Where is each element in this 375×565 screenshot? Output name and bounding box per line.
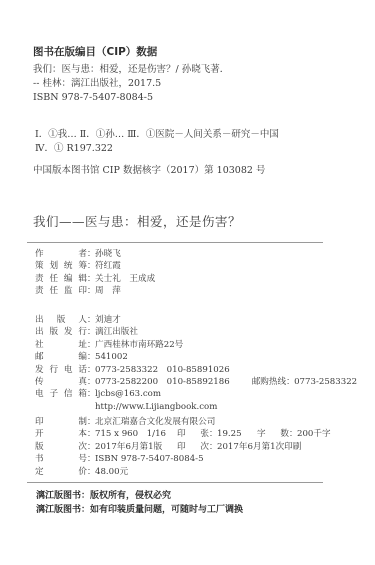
credit-print-supervisor: 责任监印：周 萍: [35, 285, 155, 297]
publisher-block: 出 版 人：刘迪才 出版发行：漓江出版社 社 址：广西桂林市南环路22号 邮 编…: [35, 314, 357, 413]
credit-author: 作 者：孙晓飞: [35, 248, 155, 260]
publisher-address: 社 址：广西桂林市南环路22号: [35, 339, 357, 351]
title-divider: [27, 242, 323, 243]
footer-divider: [27, 482, 323, 483]
printing-format: 开 本：715 x 960 1/16印 张：19.25字 数：200千字: [35, 428, 331, 440]
copyright-notice: 漓江版图书：版权所有，侵权必究: [36, 490, 243, 504]
credits-block: 作 者：孙晓飞 策划统筹：符红霞 责任编辑：关士礼 王成成 责任监印：周 萍: [35, 248, 155, 298]
cip-classification-1: Ⅰ．①我… Ⅱ．①孙… Ⅲ．①医院－人间关系－研究－中国: [35, 128, 279, 141]
credit-planner: 策划统筹：符红霞: [35, 260, 155, 272]
book-title: 我们——医与患：相爱，还是伤害？: [33, 212, 241, 230]
publisher-phone: 发行电话：0773-2583322 010-85891026: [35, 364, 357, 376]
printing-printer: 印 制：北京汇瑞嘉合文化发展有限公司: [35, 416, 331, 428]
mail-order-label: 邮购热线: [252, 377, 286, 387]
cip-record-number: 中国版本图书馆 CIP 数据核字（2017）第 103082 号: [33, 164, 265, 177]
cip-heading: 图书在版编目（CIP）数据: [33, 44, 157, 59]
printing-edition: 版 次：2017年6月第1版印 次：2017年6月第1次印刷: [35, 441, 331, 453]
publisher-fax: 传 真：0773-2582200 010-85892186邮购热线：0773-2…: [35, 376, 357, 388]
publisher-email: 电子信箱：ljcbs@163.com: [35, 388, 357, 400]
credit-editor: 责任编辑：关士礼 王成成: [35, 273, 155, 285]
cip-line-isbn: ISBN 978-7-5407-8084-5: [33, 91, 153, 104]
cip-line-publisher: -- 桂林：漓江出版社，2017.5: [33, 77, 161, 90]
publisher-distributor: 出版发行：漓江出版社: [35, 326, 357, 338]
footer-notices: 漓江版图书：版权所有，侵权必究 漓江版图书：如有印装质量问题，可随时与工厂调换: [36, 490, 243, 517]
printing-block: 印 制：北京汇瑞嘉合文化发展有限公司 开 本：715 x 960 1/16印 张…: [35, 416, 331, 478]
quality-notice: 漓江版图书：如有印装质量问题，可随时与工厂调换: [36, 504, 243, 518]
cip-line-title: 我们：医与患：相爱，还是伤害？/ 孙晓飞著．: [33, 63, 229, 76]
publisher-postcode: 邮 编：541002: [35, 351, 357, 363]
cip-classification-2: Ⅳ．① R197.322: [35, 142, 113, 155]
printing-price: 定 价：48.00元: [35, 466, 331, 478]
mail-order-value: 0773-2583322: [294, 377, 357, 387]
publisher-website: http://www.Lijiangbook.com: [35, 401, 357, 413]
printing-isbn: 书 号：ISBN 978-7-5407-8084-5: [35, 453, 331, 465]
publisher-person: 出 版 人：刘迪才: [35, 314, 357, 326]
